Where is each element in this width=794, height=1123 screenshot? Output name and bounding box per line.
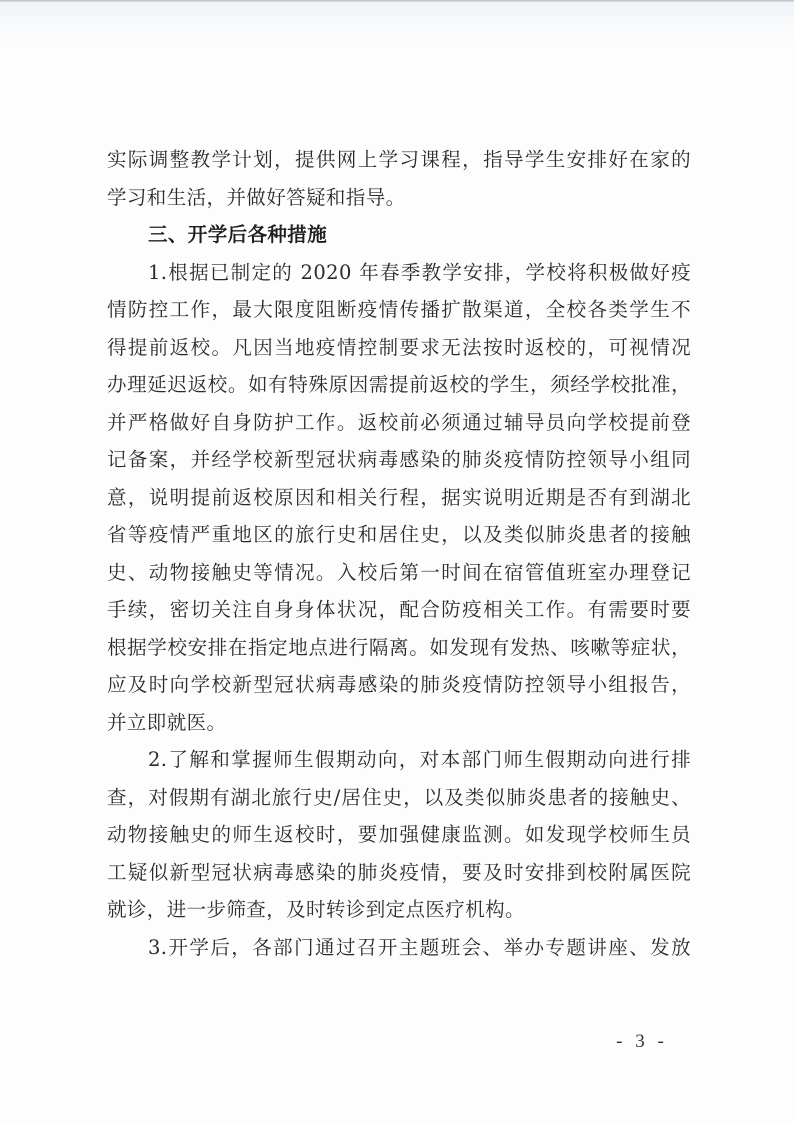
page-number: - 3 - (612, 1030, 672, 1054)
text-line: 动物接触史的师生返校时，要加强健康监测。如发现学校师生员 (107, 816, 691, 854)
paragraph-item-3: 3.开学后，各部门通过召开主题班会、举办专题讲座、发放 (107, 929, 691, 967)
text-line: 省等疫情严重地区的旅行史和居住史，以及类似肺炎患者的接触 (107, 516, 691, 554)
text-line: 手续，密切关注自身身体状况，配合防疫相关工作。有需要时要 (107, 591, 691, 629)
text-line: 得提前返校。凡因当地疫情控制要求无法按时返校的，可视情况 (107, 329, 691, 367)
text-line: 学习和生活，并做好答疑和指导。 (107, 179, 691, 217)
text-line: 工疑似新型冠状病毒感染的肺炎疫情，要及时安排到校附属医院 (107, 854, 691, 892)
document-body: 实际调整教学计划，提供网上学习课程，指导学生安排好在家的 学习和生活，并做好答疑… (107, 141, 691, 966)
text-line: 2.了解和掌握师生假期动向，对本部门师生假期动向进行排 (107, 741, 691, 779)
text-line: 办理延迟返校。如有特殊原因需提前返校的学生，须经学校批准， (107, 366, 691, 404)
section-heading: 三、开学后各种措施 (107, 216, 691, 254)
text-line: 3.开学后，各部门通过召开主题班会、举办专题讲座、发放 (107, 929, 691, 967)
text-line: 就诊，进一步筛查，及时转诊到定点医疗机构。 (107, 891, 691, 929)
paragraph-item-1: 1.根据已制定的 2020 年春季教学安排，学校将积极做好疫 情防控工作，最大限… (107, 254, 691, 742)
text-line: 情防控工作，最大限度阻断疫情传播扩散渠道，全校各类学生不 (107, 291, 691, 329)
text-line: 应及时向学校新型冠状病毒感染的肺炎疫情防控领导小组报告， (107, 666, 691, 704)
text-line: 并严格做好自身防护工作。返校前必须通过辅导员向学校提前登 (107, 404, 691, 442)
section-heading-text: 三、开学后各种措施 (107, 216, 691, 254)
paragraph-continuation: 实际调整教学计划，提供网上学习课程，指导学生安排好在家的 学习和生活，并做好答疑… (107, 141, 691, 216)
text-line: 记备案，并经学校新型冠状病毒感染的肺炎疫情防控领导小组同 (107, 441, 691, 479)
text-line: 1.根据已制定的 2020 年春季教学安排，学校将积极做好疫 (107, 254, 691, 292)
paragraph-item-2: 2.了解和掌握师生假期动向，对本部门师生假期动向进行排 查，对假期有湖北旅行史/… (107, 741, 691, 929)
text-line: 意，说明提前返校原因和相关行程，据实说明近期是否有到湖北 (107, 479, 691, 517)
text-line: 实际调整教学计划，提供网上学习课程，指导学生安排好在家的 (107, 141, 691, 179)
text-line: 查，对假期有湖北旅行史/居住史，以及类似肺炎患者的接触史、 (107, 779, 691, 817)
scan-bleed-through (0, 3, 794, 43)
text-line: 史、动物接触史等情况。入校后第一时间在宿管值班室办理登记 (107, 554, 691, 592)
text-line: 根据学校安排在指定地点进行隔离。如发现有发热、咳嗽等症状， (107, 629, 691, 667)
text-line: 并立即就医。 (107, 704, 691, 742)
